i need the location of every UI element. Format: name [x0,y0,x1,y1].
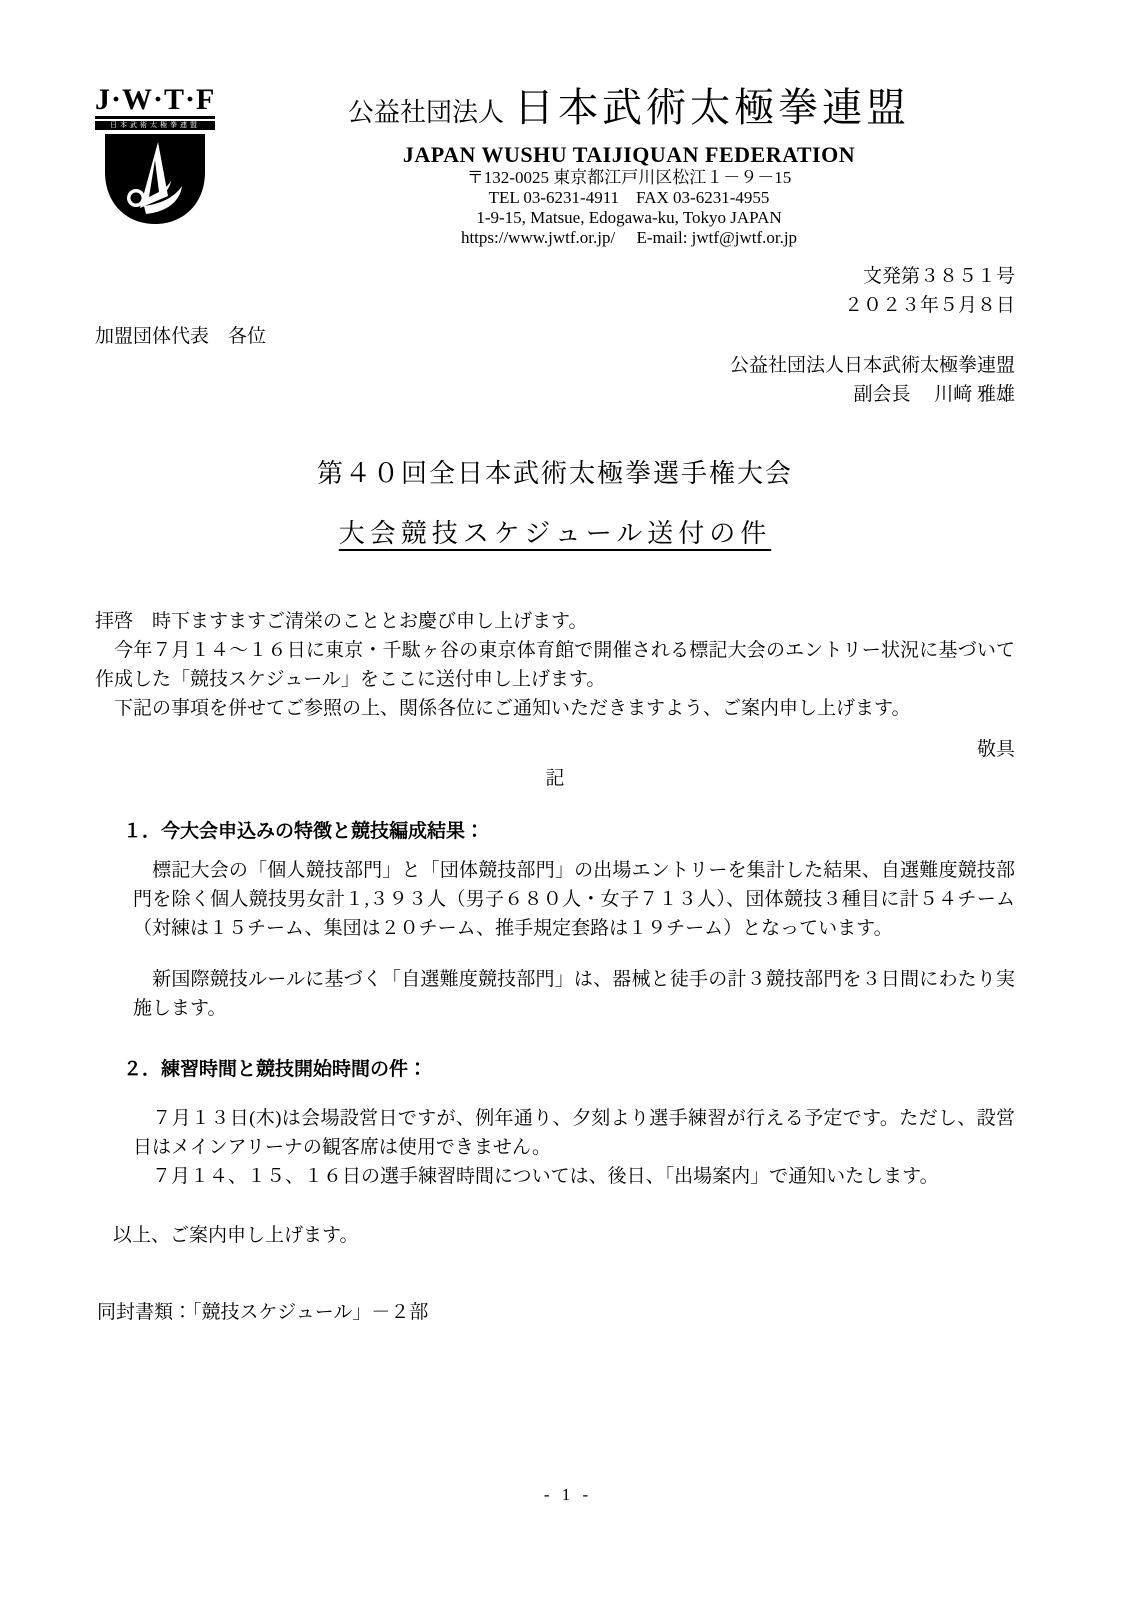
document-meta: 文発第３８５１号 ２０２３年５月８日 [95,262,1015,320]
section-2-heading: ２．練習時間と競技開始時間の件： [123,1055,1015,1084]
jwtf-logo: J·W·T·F 日本武術太極拳連盟 [95,85,215,224]
sender-organization: 公益社団法人日本武術太極拳連盟 [95,351,1015,380]
title-block: 第４０回全日本武術太極拳選手権大会 大会競技スケジュール送付の件 [95,457,1015,551]
letterhead: J·W·T·F 日本武術太極拳連盟 公益社団法人日本武術太極拳連盟 [95,85,1015,248]
document-date: ２０２３年５月８日 [95,291,1015,320]
greeting-line: 拝啓 時下ますますご清栄のこととお慶び申し上げます。 [95,607,1015,636]
section-2: ２．練習時間と競技開始時間の件： ７月１３日(木)は会場設営日ですが、例年通り、… [123,1055,1015,1191]
section-1: １．今大会申込みの特徴と競技編成結果： 標記大会の「個人競技部門」と「団体競技部… [123,817,1015,1023]
document-subtitle: 大会競技スケジュール送付の件 [95,517,1015,551]
body-paragraph-1: 今年７月１４～１６日に東京・千駄ヶ谷の東京体育館で開催される標記大会のエントリー… [95,636,1015,694]
org-name-english: JAPAN WUSHU TAIJIQUAN FEDERATION [243,142,1015,168]
org-block: 公益社団法人日本武術太極拳連盟 JAPAN WUSHU TAIJIQUAN FE… [215,85,1015,248]
section-2-body: ７月１３日(木)は会場設営日ですが、例年通り、夕刻より選手練習が行える予定です。… [133,1104,1015,1191]
section-1-paragraph-1: 標記大会の「個人競技部門」と「団体競技部門」の出場エントリーを集計した結果、自選… [133,856,1015,943]
logo-kanji-subtext: 日本武術太極拳連盟 [95,121,215,130]
closing-keigu: 敬具 [95,735,1015,764]
shield-emblem-icon [102,134,208,224]
document-number: 文発第３８５１号 [95,262,1015,291]
sender-block: 公益社団法人日本武術太極拳連盟 副会長 川﨑 雅雄 [95,351,1015,409]
body-paragraph-2: 下記の事項を併せてご参照の上、関係各位にご通知いただきますよう、ご案内申し上げま… [95,694,1015,723]
org-name: 日本武術太極拳連盟 [514,85,910,130]
closing-statement: 以上、ご案内申し上げます。 [113,1221,1015,1250]
section-1-body: 標記大会の「個人競技部門」と「団体競技部門」の出場エントリーを集計した結果、自選… [133,856,1015,1023]
org-web-email: https://www.jwtf.or.jp/ E-mail: jwtf@jwt… [243,228,1015,248]
record-marker: 記 [95,764,1015,793]
body-block: 拝啓 時下ますますご清栄のこととお慶び申し上げます。 今年７月１４～１６日に東京… [95,607,1015,723]
org-name-line: 公益社団法人日本武術太極拳連盟 [243,85,1015,140]
section-2-paragraph-2: ７月１４、１５、１６日の選手練習時間については、後日、「出場案内」で通知いたしま… [133,1162,1015,1191]
org-type-label: 公益社団法人 [348,98,504,127]
section-1-heading: １．今大会申込みの特徴と競技編成結果： [123,817,1015,846]
recipient-line: 加盟団体代表 各位 [95,322,1015,351]
document-page: J·W·T·F 日本武術太極拳連盟 公益社団法人日本武術太極拳連盟 [0,0,1136,1599]
org-postal-address: 〒132-0025 東京都江戸川区松江１－９－15 [243,168,1015,188]
logo-acronym: J·W·T·F [95,85,215,119]
document-title: 第４０回全日本武術太極拳選手権大会 [95,457,1015,491]
page-number: - 1 - [0,1485,1136,1505]
enclosure-note: 同封書類：「競技スケジュール」－２部 [97,1298,1015,1327]
sender-person: 副会長 川﨑 雅雄 [95,380,1015,409]
section-1-paragraph-2: 新国際競技ルールに基づく「自選難度競技部門」は、器械と徒手の計３競技部門を３日間… [133,965,1015,1023]
org-address-english: 1-9-15, Matsue, Edogawa-ku, Tokyo JAPAN [243,208,1015,228]
org-tel-fax: TEL 03-6231-4911 FAX 03-6231-4955 [243,188,1015,208]
section-2-paragraph-1: ７月１３日(木)は会場設営日ですが、例年通り、夕刻より選手練習が行える予定です。… [133,1104,1015,1162]
